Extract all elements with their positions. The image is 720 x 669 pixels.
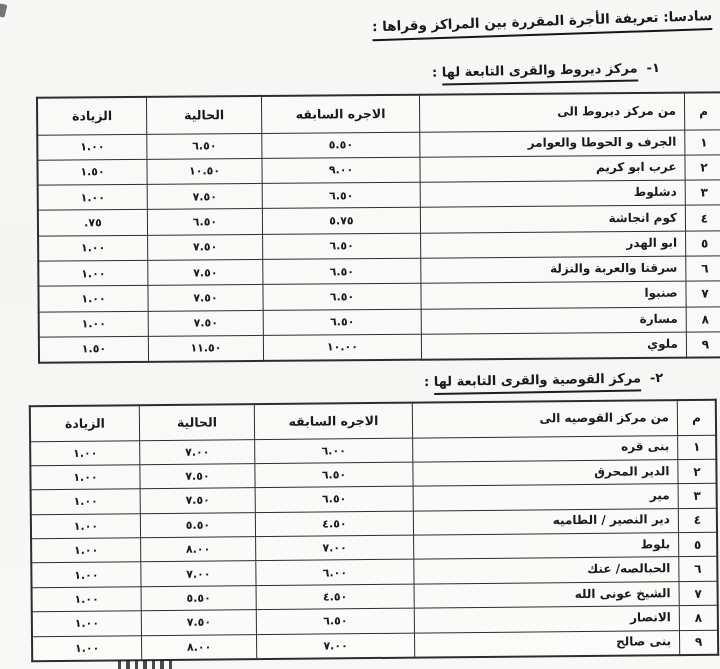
row-number-cell: ٩ [686, 332, 720, 358]
increase-cell: ١.٠٠ [37, 134, 147, 160]
increase-cell: ١.٠٠ [30, 440, 140, 465]
previous-fare-cell: ٥.٧٥ [262, 208, 420, 235]
col-header-route: من مركز ديروط الى [419, 93, 684, 132]
increase-cell: ١.٥٠ [37, 159, 147, 185]
section-number: ٢- [650, 371, 664, 386]
increase-cell: ١.٠٠ [32, 587, 142, 612]
village-name-cell: مير [413, 484, 678, 511]
row-number-cell: ٥ [679, 532, 718, 557]
village-name-cell: بلوط [414, 533, 679, 560]
row-number-cell: ١ [685, 129, 720, 155]
previous-fare-cell: ٦.٥٠ [262, 182, 420, 209]
increase-cell: ١.٠٠ [38, 184, 148, 210]
village-name-cell: عرب ابو كريم [420, 155, 685, 182]
cutoff-text-fragment [118, 660, 176, 669]
increase-cell: ١.٥٠ [39, 336, 149, 362]
section-heading-text: مركز القوصية والقرى التابعة لها [433, 371, 641, 395]
row-number-cell: ٥ [686, 230, 720, 256]
qusiya-fare-table: م من مركز القوصيه الى الاجره السابقه الح… [29, 399, 719, 662]
current-fare-cell: ٨.٠٠ [141, 634, 256, 659]
current-fare-cell: ٧.٥٠ [148, 285, 263, 311]
row-number-cell: ٣ [678, 483, 717, 508]
current-fare-cell: ١١.٥٠ [148, 335, 263, 361]
increase-cell: ١.٠٠ [31, 513, 141, 538]
row-number-cell: ٧ [686, 281, 720, 307]
current-fare-cell: ٧.٥٠ [140, 488, 255, 513]
village-name-cell: الجرف و الحوطا والعوامر [420, 130, 685, 157]
current-fare-cell: ٧.٥٠ [148, 234, 263, 260]
row-number-cell: ٢ [678, 459, 717, 484]
village-name-cell: الدير المحرق [413, 459, 678, 486]
previous-fare-cell: ٦.٠٠ [255, 438, 413, 464]
section-heading-colon: : [424, 375, 429, 390]
page-title: سادسا: تعريفة الأجرة المقررة بين المراكز… [372, 8, 713, 41]
previous-fare-cell: ٩.٠٠ [262, 157, 420, 184]
increase-cell: ١.٠٠ [30, 465, 140, 490]
row-number-cell: ٨ [679, 605, 718, 630]
current-fare-cell: ٧.٥٠ [148, 310, 263, 336]
increase-cell: ١.٠٠ [32, 611, 142, 636]
increase-cell: .٧٥ [38, 210, 148, 236]
section-heading-text: مركز ديروط والقرى التابعة لها [442, 61, 638, 85]
previous-fare-cell: ٦.٠٠ [256, 560, 414, 586]
current-fare-cell: ٦.٥٠ [147, 209, 262, 235]
previous-fare-cell: ٦.٥٠ [263, 233, 421, 260]
row-number-cell: ٧ [679, 581, 718, 606]
village-name-cell: مسارة [421, 307, 686, 334]
col-header-route: من مركز القوصيه الى [412, 400, 677, 438]
row-number-cell: ٢ [685, 155, 720, 181]
dairut-fare-table: م من مركز ديروط الى الاجره السابقه الحال… [36, 91, 720, 363]
col-header-current-fare: الحالية [146, 96, 261, 134]
increase-cell: ١.٠٠ [38, 260, 148, 286]
section-number: ١- [647, 61, 661, 76]
scan-corner-artifact [0, 3, 7, 18]
col-header-previous-fare: الاجره السابقه [254, 403, 412, 440]
row-number-cell: ٦ [679, 557, 718, 582]
current-fare-cell: ٧.٠٠ [140, 439, 255, 464]
previous-fare-cell: ٤.٥٠ [255, 511, 413, 537]
current-fare-cell: ٧.٥٠ [147, 184, 262, 210]
row-number-cell: ٤ [678, 508, 717, 533]
current-fare-cell: ٧.٠٠ [141, 561, 256, 586]
previous-fare-cell: ٧.٠٠ [256, 535, 414, 561]
current-fare-cell: ٥.٥٠ [141, 585, 256, 610]
table-row: ٩ ملوي ١٠.٠٠ ١١.٥٠ ١.٥٠ [39, 332, 720, 363]
col-header-increase: الزيادة [37, 97, 147, 135]
current-fare-cell: ٦.٥٠ [147, 133, 262, 159]
row-number-cell: ٩ [679, 630, 718, 655]
increase-cell: ١.٠٠ [31, 538, 141, 563]
previous-fare-cell: ١٠.٠٠ [263, 334, 421, 361]
row-number-cell: ١ [678, 435, 717, 460]
village-name-cell: بنى صالح [414, 630, 679, 657]
village-name-cell: ملوي [421, 332, 686, 359]
village-name-cell: ابو الهدر [421, 231, 686, 258]
section-heading-dairut: ١-مركز ديروط والقرى التابعة لها : [432, 61, 660, 81]
section-heading-colon: : [432, 66, 438, 81]
village-name-cell: سرقنا والعربة والنزلة [421, 256, 686, 283]
village-name-cell: كوم انجاشة [420, 205, 685, 232]
village-name-cell: الانصار [414, 606, 679, 633]
row-number-cell: ٦ [686, 256, 720, 282]
table-header-row: م من مركز ديروط الى الاجره السابقه الحال… [37, 92, 720, 134]
row-number-cell: ٣ [685, 180, 720, 206]
village-name-cell: دير النصير / الطاميه [413, 508, 678, 535]
previous-fare-cell: ٧.٠٠ [256, 633, 414, 659]
previous-fare-cell: ٦.٥٠ [255, 462, 413, 488]
increase-cell: ١.٠٠ [38, 235, 148, 261]
increase-cell: ١.٠٠ [32, 635, 142, 660]
current-fare-cell: ٧.٥٠ [141, 610, 256, 635]
scanned-document-page: سادسا: تعريفة الأجرة المقررة بين المراكز… [0, 0, 720, 669]
previous-fare-cell: ٦.٥٠ [263, 309, 421, 336]
village-name-cell: الحبالصه/ عنك [414, 557, 679, 584]
section-heading-qusiya: ٢-مركز القوصية والقرى التابعة لها : [424, 371, 664, 390]
col-header-increase: الزيادة [30, 405, 140, 441]
current-fare-cell: ٨.٠٠ [141, 537, 256, 562]
table-row: ٩ بنى صالح ٧.٠٠ ٨.٠٠ ١.٠٠ [32, 630, 718, 661]
increase-cell: ١.٠٠ [31, 489, 141, 514]
current-fare-cell: ٧.٥٠ [140, 464, 255, 489]
previous-fare-cell: ٤.٥٠ [256, 584, 414, 610]
current-fare-cell: ٥.٥٠ [140, 512, 255, 537]
col-header-number: م [677, 400, 716, 435]
row-number-cell: ٨ [686, 306, 720, 332]
row-number-cell: ٤ [685, 205, 720, 231]
previous-fare-cell: ٦.٥٠ [255, 486, 413, 512]
current-fare-cell: ١٠.٥٠ [147, 158, 262, 184]
col-header-previous-fare: الاجره السابقه [261, 95, 419, 133]
current-fare-cell: ٧.٥٠ [148, 259, 263, 285]
village-name-cell: دشلوط [420, 180, 685, 207]
col-header-current-fare: الحالية [139, 404, 254, 440]
increase-cell: ١.٠٠ [38, 286, 148, 312]
col-header-number: م [684, 92, 720, 129]
village-name-cell: بنى قره [413, 435, 678, 462]
village-name-cell: صنبوا [421, 281, 686, 308]
previous-fare-cell: ٦.٥٠ [263, 283, 421, 310]
increase-cell: ١.٠٠ [31, 562, 141, 587]
village-name-cell: الشيخ عونى الله [414, 581, 679, 608]
previous-fare-cell: ٥.٥٠ [262, 132, 420, 159]
increase-cell: ١.٠٠ [39, 311, 149, 337]
previous-fare-cell: ٦.٥٠ [256, 608, 414, 634]
previous-fare-cell: ٦.٥٠ [263, 258, 421, 285]
